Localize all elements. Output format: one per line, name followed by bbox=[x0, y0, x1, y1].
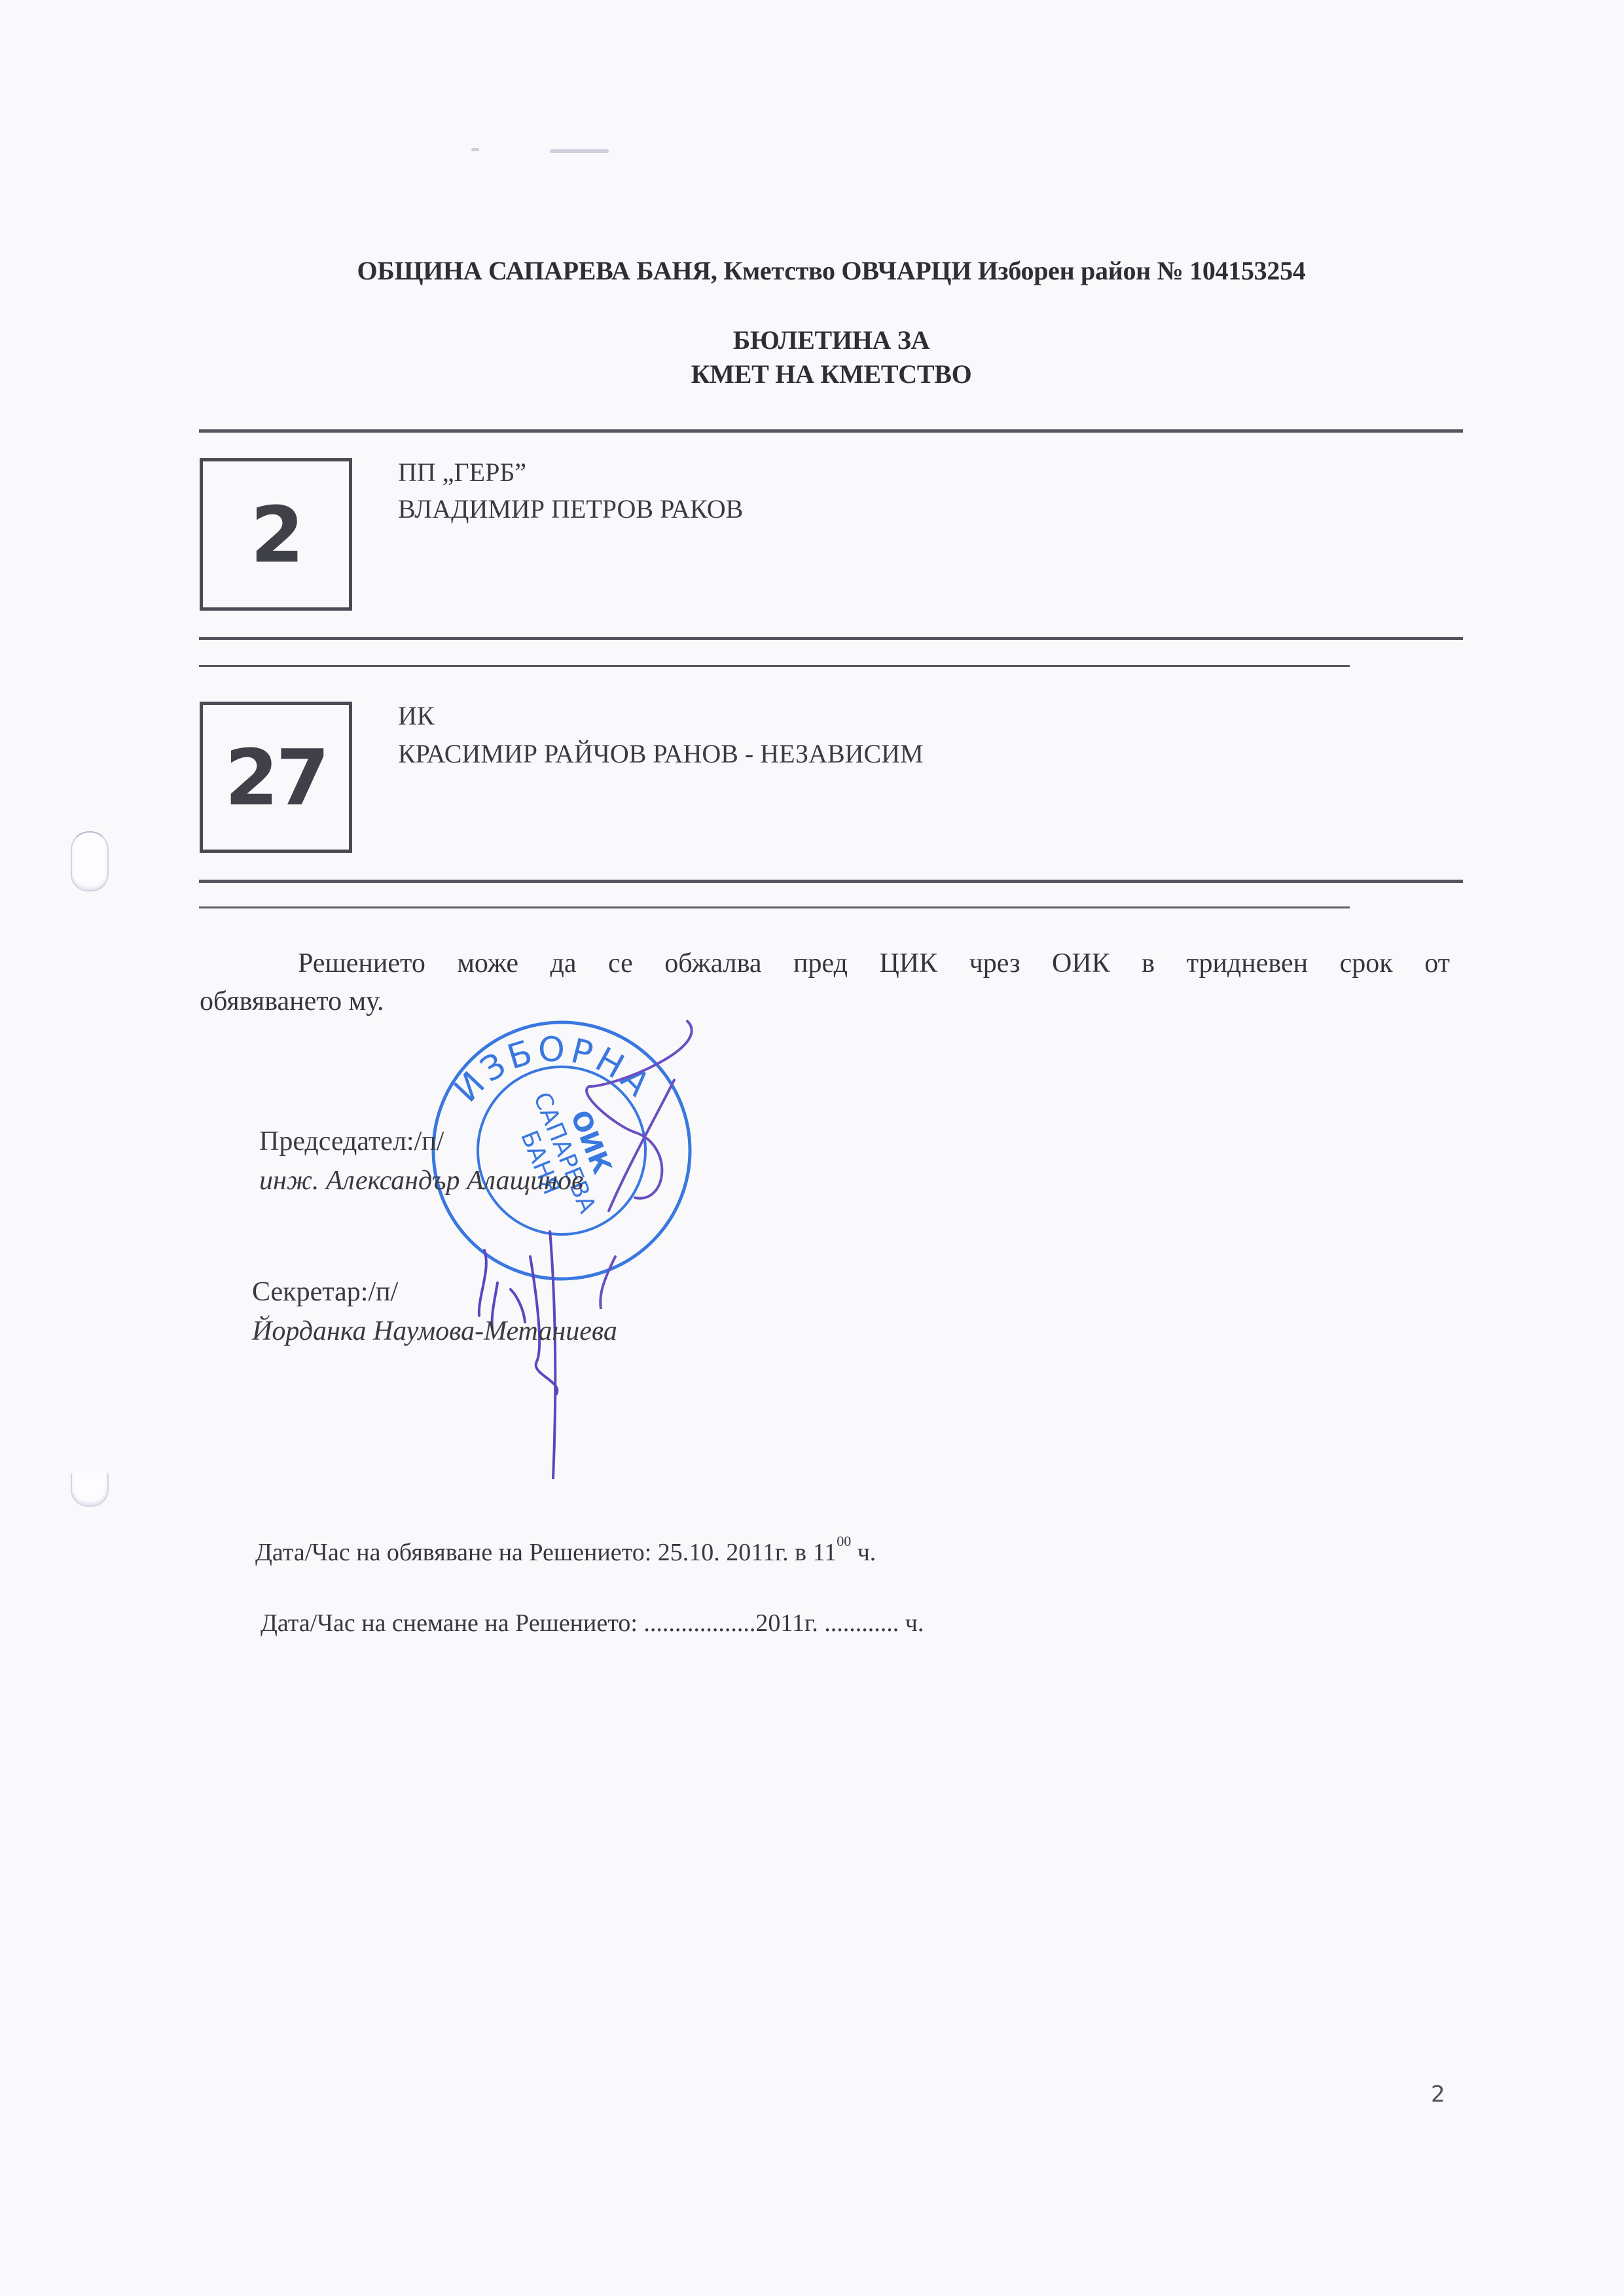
ballot-title-line1: БЮЛЕТИНА ЗА bbox=[196, 325, 1466, 355]
page-number: 2 bbox=[1431, 2081, 1445, 2108]
appeal-notice-line2: обявяването му. bbox=[200, 986, 384, 1017]
candidate-number: 2 bbox=[250, 490, 301, 580]
candidate-number: 27 bbox=[225, 732, 327, 823]
separator-thick bbox=[199, 880, 1463, 883]
ballot-title-line2: КМЕТ НА КМЕТСТВО bbox=[196, 359, 1466, 389]
candidate-name: КРАСИМИР РАЙЧОВ РАНОВ - НЕЗАВИСИМ bbox=[398, 736, 924, 772]
candidate-party: ИК bbox=[398, 698, 435, 734]
separator-thick bbox=[199, 429, 1463, 433]
secretary-label: Секретар:/п/ bbox=[252, 1276, 398, 1308]
chairman-name: инж. Александър Алащинов bbox=[259, 1165, 583, 1196]
separator-thin bbox=[199, 906, 1350, 908]
announcement-datetime: Дата/Час на обявяване на Решението: 25.1… bbox=[255, 1533, 876, 1567]
signature-icon bbox=[465, 1230, 583, 1479]
candidate-party: ПП „ГЕРБ” bbox=[398, 454, 526, 491]
secretary-name: Йорданка Наумова-Метаниева bbox=[252, 1316, 617, 1347]
appeal-notice-line1: Решението може да се обжалва пред ЦИК чр… bbox=[298, 948, 1450, 979]
scan-smudge bbox=[471, 148, 479, 151]
removal-datetime: Дата/Час на снемане на Решението: ......… bbox=[261, 1609, 924, 1638]
candidate-name: ВЛАДИМИР ПЕТРОВ РАКОВ bbox=[398, 491, 743, 528]
candidate-number-box: 27 bbox=[200, 702, 352, 853]
punch-hole-bottom bbox=[71, 1473, 109, 1507]
punch-hole-top bbox=[71, 831, 109, 891]
separator-thin bbox=[199, 665, 1350, 667]
candidate-number-box: 2 bbox=[200, 458, 352, 611]
chairman-label: Председател:/п/ bbox=[259, 1126, 444, 1157]
announcement-minutes: 00 bbox=[837, 1533, 851, 1549]
separator-thick bbox=[199, 637, 1463, 640]
secretary-signature bbox=[465, 1230, 583, 1479]
scan-smudge bbox=[550, 149, 609, 153]
document-title: ОБЩИНА САПАРЕВА БАНЯ, Кметство ОВЧАРЦИ И… bbox=[196, 255, 1466, 286]
